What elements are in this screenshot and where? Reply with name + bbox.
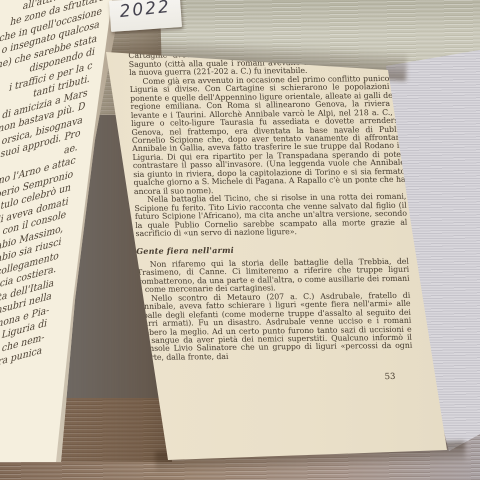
page-number: 53 [141,373,413,385]
right-page-text: Mentre Roma si assicurava il controllo d… [128,41,414,385]
open-book-photo: o (264-24stituite dacontingente disi con… [0,0,480,480]
paragraph: Come già era avvenuto in occasione del p… [129,75,406,197]
section-heading: Gente fiera nell'armi [136,244,408,256]
paragraph: Nella battaglia del Ticino, che si risol… [134,193,408,239]
paragraph: Nello scontro di Metauro (207 a. C.) Asd… [138,291,413,362]
handwritten-number: 2022 [109,0,182,23]
handwritten-label-sticker: 2022 [109,0,182,32]
left-page-text-line: erra punica [0,345,43,421]
paragraph: Non rifaremo qui la storia delle battagl… [137,258,410,295]
left-page-text-line: lia che nem- [0,331,46,407]
